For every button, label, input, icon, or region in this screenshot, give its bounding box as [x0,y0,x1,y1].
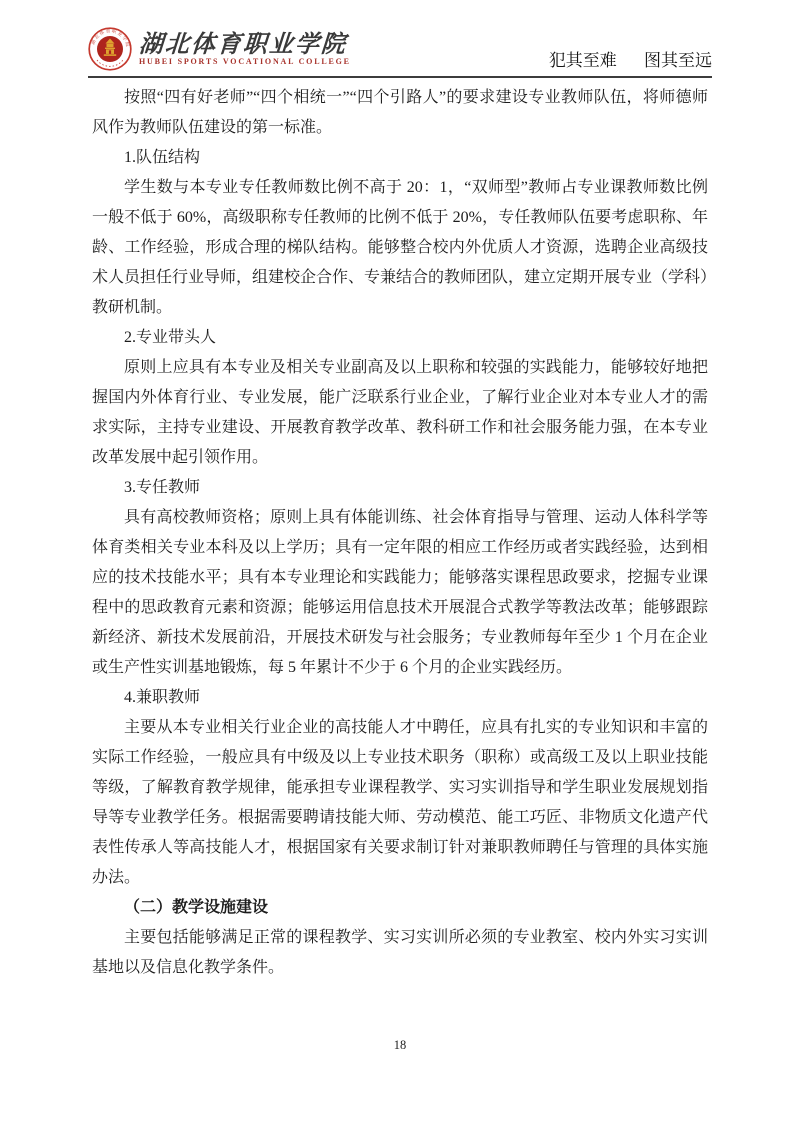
motto-right: 图其至远 [644,51,712,70]
paragraph: 主要包括能够满足正常的课程教学、实习实训所必须的专业教室、校内外实习实训基地以及… [92,923,708,983]
paragraph: 原则上应具有本专业及相关专业副高及以上职称和较强的实践能力，能够较好地把握国内外… [92,353,708,473]
paragraph: 具有高校教师资格；原则上具有体能训练、社会体育指导与管理、运动人体科学等体育类相… [92,503,708,683]
college-seal-icon: 湖北体育职业学院 [88,27,132,71]
paragraph: 按照“四有好老师”“四个相统一”“四个引路人”的要求建设专业教师队伍，将师德师风… [92,83,708,143]
header-motto: 犯其至难图其至远 [549,46,712,71]
college-name-chinese: 湖北体育职业学院 [138,31,352,57]
page-number: 18 [394,1038,407,1052]
page-footer: 18 [0,1038,800,1053]
document-body: 按照“四有好老师”“四个相统一”“四个引路人”的要求建设专业教师队伍，将师德师风… [92,83,708,983]
sub-heading: 4.兼职教师 [92,683,708,713]
sub-heading: 3.专任教师 [92,473,708,503]
section-heading: （二）教学设施建设 [92,893,708,923]
college-name-english: HUBEI SPORTS VOCATIONAL COLLEGE [139,57,351,67]
motto-left: 犯其至难 [549,51,617,70]
header-divider [88,76,712,78]
sub-heading: 2.专业带头人 [92,323,708,353]
sub-heading: 1.队伍结构 [92,143,708,173]
college-name-block: 湖北体育职业学院 HUBEI SPORTS VOCATIONAL COLLEGE [139,31,351,67]
document-page: 湖北体育职业学院 湖北体育职业学院 HUBEI SPORTS VOCATIONA… [0,0,800,1131]
paragraph: 主要从本专业相关行业企业的高技能人才中聘任，应具有扎实的专业知识和丰富的实际工作… [92,713,708,893]
college-logo: 湖北体育职业学院 湖北体育职业学院 HUBEI SPORTS VOCATIONA… [88,27,351,71]
page-header: 湖北体育职业学院 湖北体育职业学院 HUBEI SPORTS VOCATIONA… [0,0,800,78]
paragraph: 学生数与本专业专任教师数比例不高于 20：1，“双师型”教师占专业课教师数比例一… [92,173,708,323]
